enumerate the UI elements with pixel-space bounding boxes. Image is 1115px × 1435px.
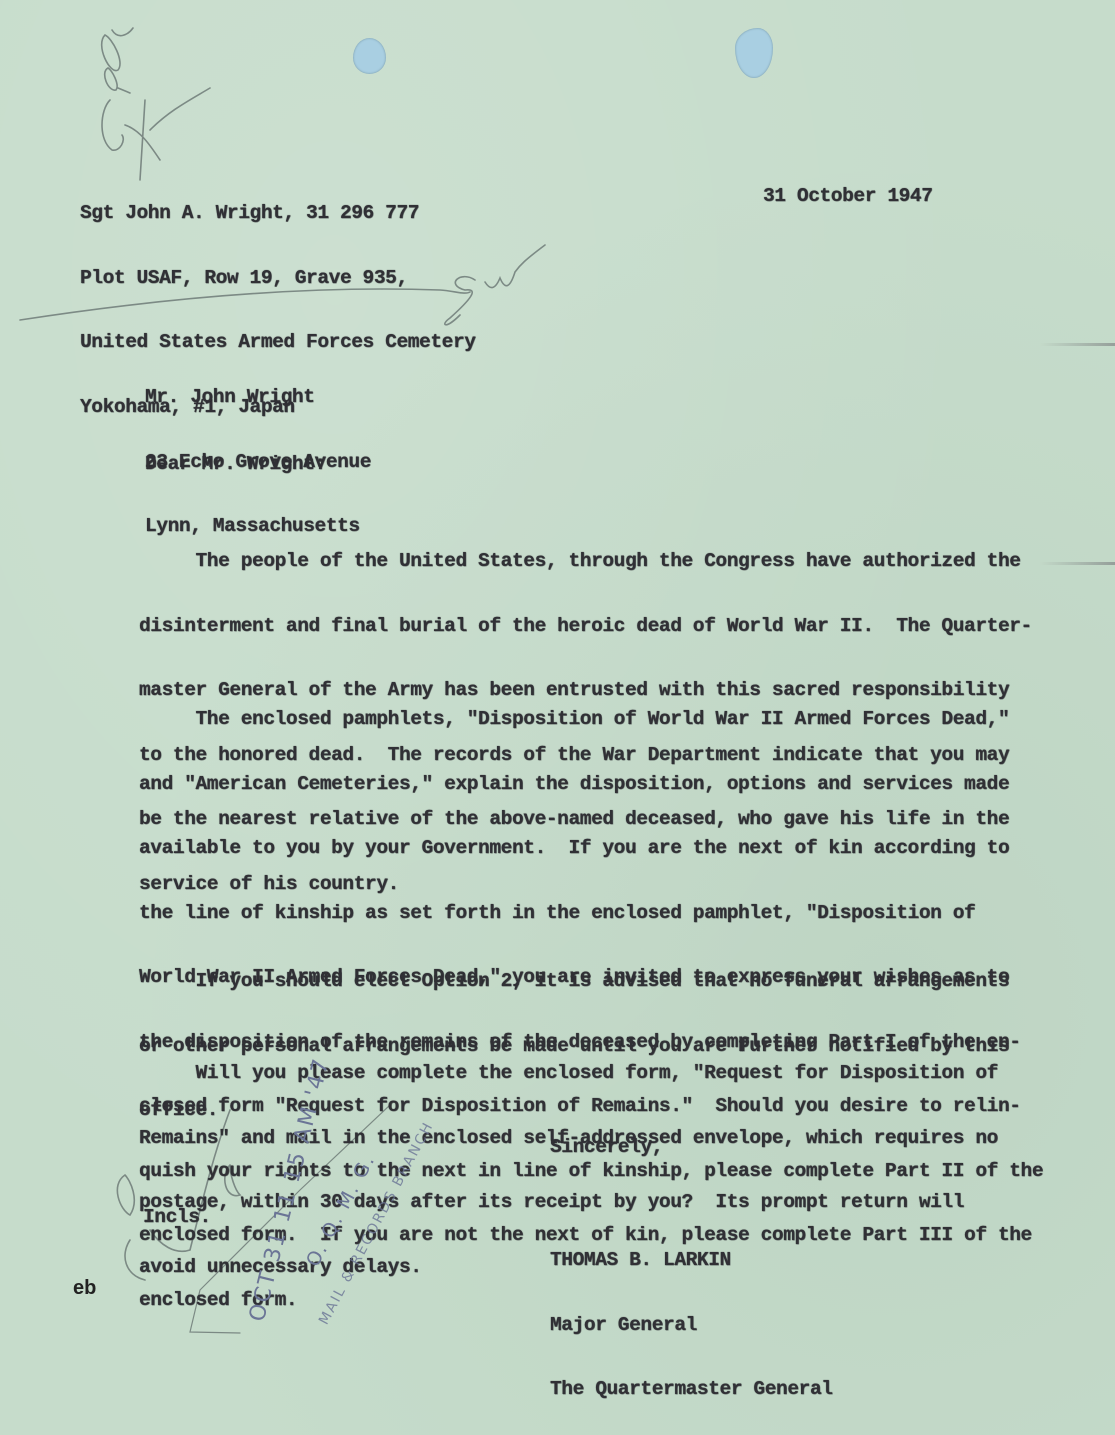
header-line: Sgt John A. Wright, 31 296 777 bbox=[80, 203, 476, 225]
letter-date: 31 October 1947 bbox=[763, 186, 933, 208]
closing: Sincerely, bbox=[550, 1137, 663, 1159]
punch-hole-right bbox=[735, 28, 773, 78]
signature-block: THOMAS B. LARKIN Major General The Quart… bbox=[550, 1207, 833, 1422]
signer-rank: Major General bbox=[550, 1315, 833, 1337]
paragraph-line: The people of the United States, through… bbox=[139, 551, 1079, 573]
punch-hole-left bbox=[353, 38, 386, 74]
salutation: Dear Mr. Wright: bbox=[145, 454, 326, 476]
paragraph-line: If you should elect Option 2, it is advi… bbox=[139, 971, 1079, 993]
paragraph-line: The enclosed pamphlets, "Disposition of … bbox=[139, 709, 1079, 731]
paragraph-line: disinterment and final burial of the her… bbox=[139, 616, 1079, 638]
signer-name: THOMAS B. LARKIN bbox=[550, 1250, 833, 1272]
paragraph-line: available to you by your Government. If … bbox=[139, 838, 1079, 860]
paragraph-line: the line of kinship as set forth in the … bbox=[139, 903, 1079, 925]
handwritten-initials-icon bbox=[102, 28, 210, 180]
signer-title: The Quartermaster General bbox=[550, 1379, 833, 1401]
paragraph-line: Will you please complete the enclosed fo… bbox=[139, 1063, 1079, 1085]
header-line: Plot USAF, Row 19, Grave 935, bbox=[80, 268, 476, 290]
paragraph-line: and "American Cemeteries," explain the d… bbox=[139, 774, 1079, 796]
recipient-line: Mr. John Wright bbox=[145, 387, 371, 409]
margin-mark bbox=[1040, 343, 1115, 346]
typist-initials: eb bbox=[73, 1277, 96, 1300]
enclosures-note: Incls. bbox=[143, 1207, 211, 1229]
